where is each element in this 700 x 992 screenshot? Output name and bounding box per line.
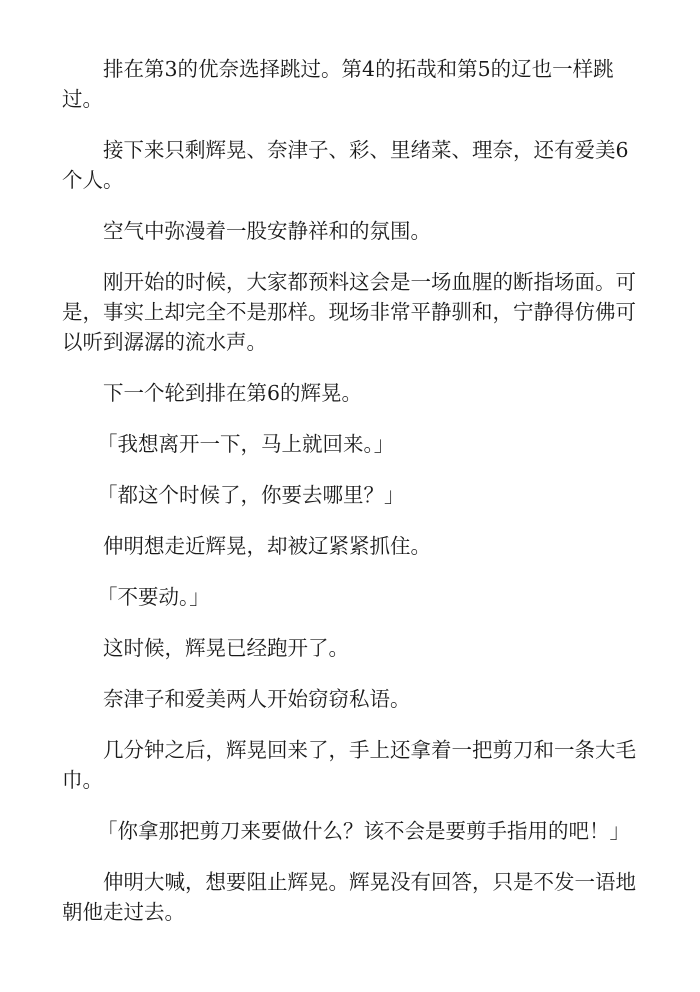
paragraph: 刚开始的时候，大家都预料这会是一场血腥的断指场面。可是，事实上却完全不是那样。现… bbox=[62, 267, 642, 357]
paragraph: 下一个轮到排在第6的辉晃。 bbox=[62, 378, 642, 408]
paragraph: 接下来只剩辉晃、奈津子、彩、里绪菜、理奈，还有爱美6个人。 bbox=[62, 135, 642, 195]
paragraph: 伸明大喊，想要阻止辉晃。辉晃没有回答，只是不发一语地朝他走过去。 bbox=[62, 867, 642, 927]
paragraph: 奈津子和爱美两人开始窃窃私语。 bbox=[62, 684, 642, 714]
document-page: 排在第3的优奈选择跳过。第4的拓哉和第5的辽也一样跳过。 接下来只剩辉晃、奈津子… bbox=[62, 54, 642, 948]
dialogue-line: 「不要动。」 bbox=[62, 582, 642, 612]
paragraph: 几分钟之后，辉晃回来了，手上还拿着一把剪刀和一条大毛巾。 bbox=[62, 735, 642, 795]
dialogue-line: 「你拿那把剪刀来要做什么？该不会是要剪手指用的吧！」 bbox=[62, 816, 642, 846]
paragraph: 排在第3的优奈选择跳过。第4的拓哉和第5的辽也一样跳过。 bbox=[62, 54, 642, 114]
paragraph: 这时候，辉晃已经跑开了。 bbox=[62, 633, 642, 663]
paragraph: 空气中弥漫着一股安静祥和的氛围。 bbox=[62, 216, 642, 246]
dialogue-line: 「都这个时候了，你要去哪里？」 bbox=[62, 480, 642, 510]
dialogue-line: 「我想离开一下，马上就回来。」 bbox=[62, 429, 642, 459]
paragraph: 伸明想走近辉晃，却被辽紧紧抓住。 bbox=[62, 531, 642, 561]
